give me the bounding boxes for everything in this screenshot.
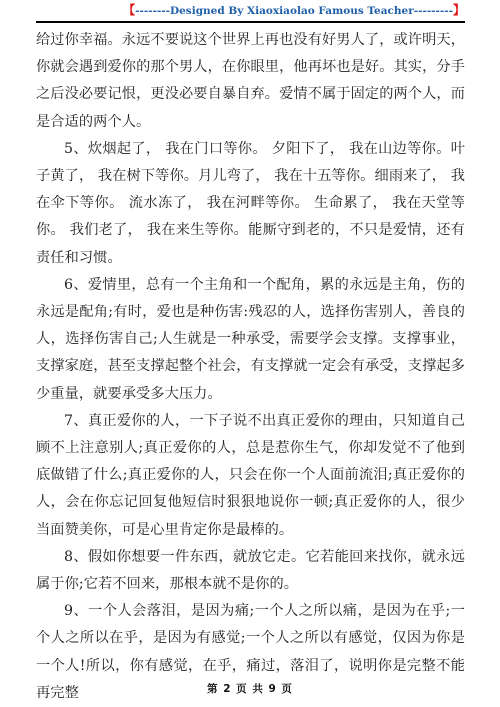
paragraph-item-6: 6、爱情里，总有一个主角和一个配角，累的永远是主角，伤的永远是配角;有时，爱也是… [36,272,465,408]
page-number-footer: 第 2 页 共 9 页 [0,681,500,696]
page-header: 【--------Designed By Xiaoxiaolao Famous … [36,0,465,23]
document-body: 给过你幸福。永远不要说这个世界上再也没有好男人了，或许明天，你就会遇到爱你的那个… [36,27,465,707]
header-left-bracket: 【 [123,3,135,17]
paragraph-item-5: 5、炊烟起了， 我在门口等你。 夕阳下了， 我在山边等你。叶子黄了， 我在树下等… [36,136,465,272]
paragraph-item-7: 7、真正爱你的人，一下子说不出真正爱你的理由，只知道自己顾不上注意别人;真正爱你… [36,408,465,544]
paragraph-continuation: 给过你幸福。永远不要说这个世界上再也没有好男人了，或许明天，你就会遇到爱你的那个… [36,27,465,136]
paragraph-item-8: 8、假如你想要一件东西，就放它走。它若能回来找你，就永远属于你;它若不回来，那根… [36,544,465,598]
header-designer-text: --------Designed By Xiaoxiaolao Famous T… [135,5,453,17]
header-right-bracket: 】 [453,3,465,17]
